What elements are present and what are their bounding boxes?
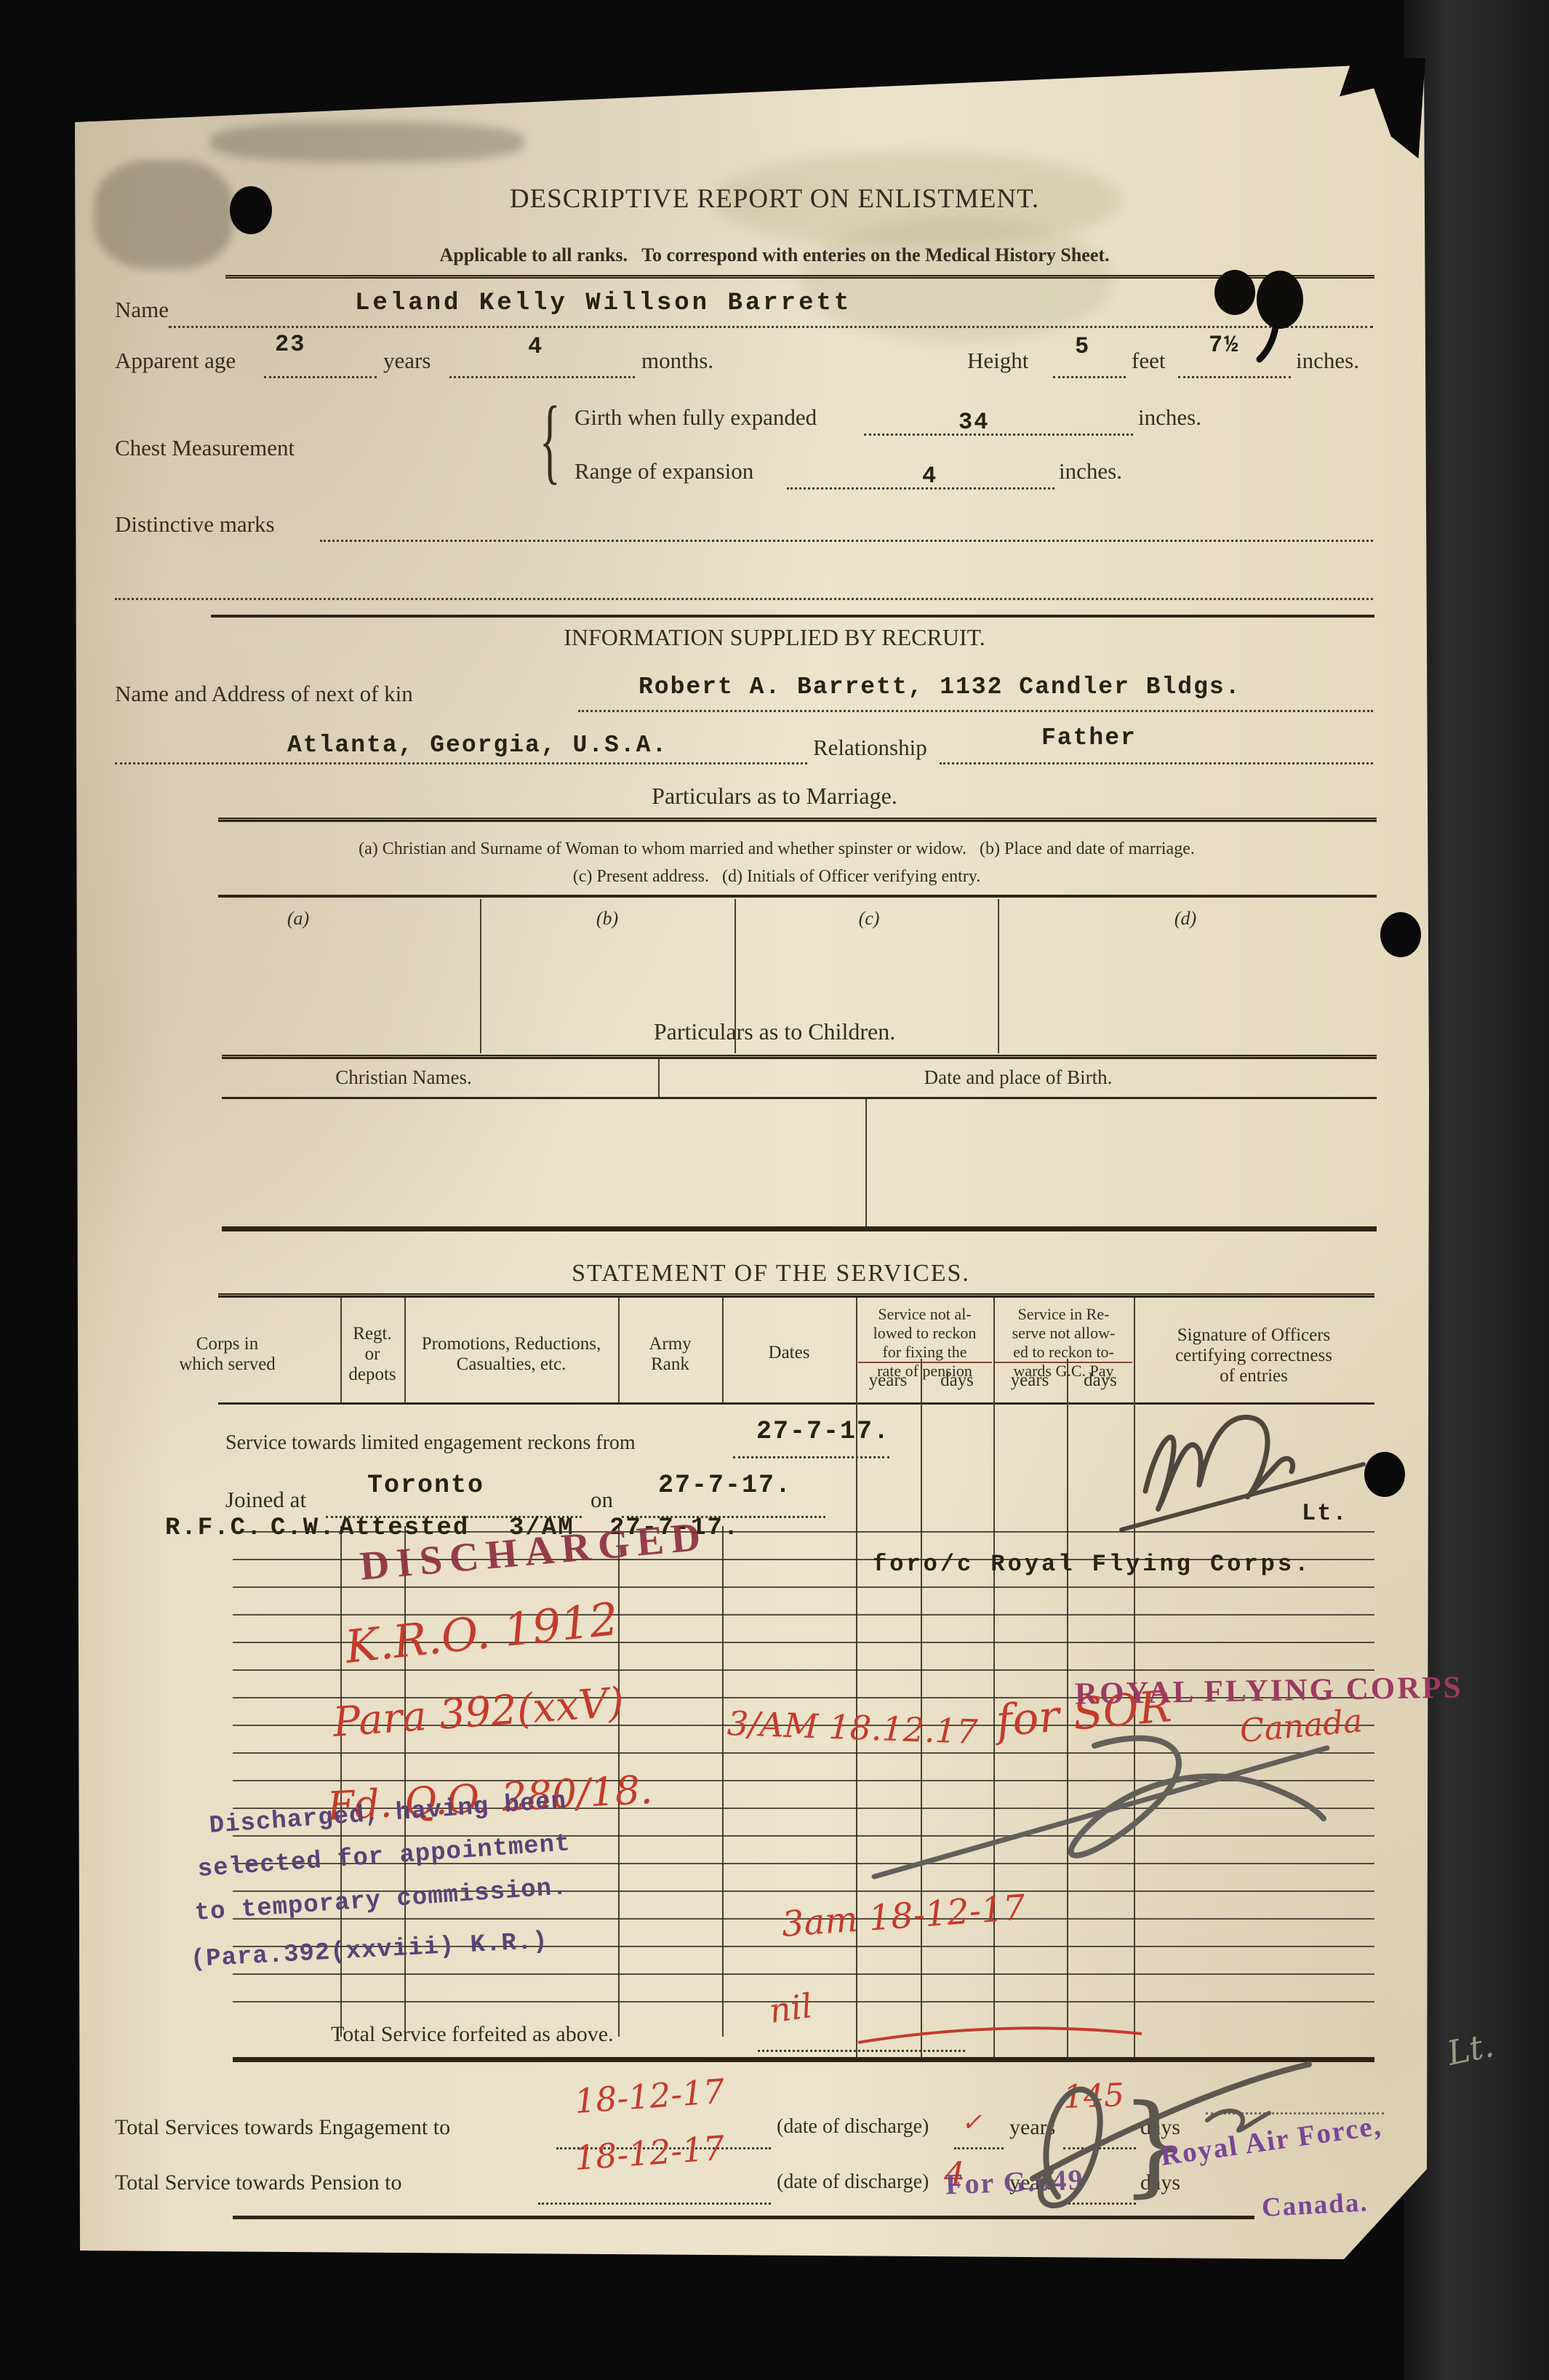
marriage-col-a: (a) bbox=[287, 908, 309, 930]
age-label: Apparent age bbox=[115, 348, 236, 374]
marriage-rule-mid bbox=[218, 895, 1377, 898]
joined-label: Joined at bbox=[225, 1487, 306, 1513]
children-rule-bottom bbox=[222, 1226, 1377, 1231]
marriage-divider bbox=[480, 899, 481, 1053]
pension-discharge-note: (date of discharge) bbox=[777, 2171, 929, 2194]
col-line bbox=[340, 1298, 342, 1402]
engagement-label: Service towards limited engagement recko… bbox=[225, 1431, 636, 1455]
children-col-birth: Date and place of Birth. bbox=[924, 1066, 1113, 1089]
forfeit-value: nil bbox=[767, 1986, 814, 2031]
dotted bbox=[115, 596, 1373, 600]
forfeit-label: Total Service forfeited as above. bbox=[331, 2022, 614, 2047]
services-col-reserve: Service in Re- serve not allow- ed to re… bbox=[995, 1305, 1132, 1381]
section-rule bbox=[211, 615, 1374, 618]
range-value: 4 bbox=[922, 463, 937, 490]
totals-pension-label: Total Service towards Pension to bbox=[115, 2171, 402, 2195]
dotted bbox=[1178, 375, 1291, 378]
dotted bbox=[264, 375, 377, 378]
name-label: Name bbox=[115, 297, 169, 323]
check-mark: ✓ bbox=[961, 2108, 982, 2137]
discharge-note: (date of discharge) bbox=[777, 2115, 929, 2139]
services-col-corps: Corps in which served bbox=[116, 1334, 338, 1375]
bottom-pencil-scrawl bbox=[989, 2051, 1345, 2211]
height-label: Height bbox=[967, 348, 1028, 374]
dotted bbox=[538, 2201, 771, 2205]
scanned-document-page: DESCRIPTIVE REPORT ON ENLISTMENT. Applic… bbox=[0, 0, 1549, 2380]
marriage-rule-top bbox=[218, 818, 1377, 822]
officer-signature-scrawl bbox=[1113, 1393, 1400, 1542]
punch-hole bbox=[1380, 912, 1421, 957]
dotted bbox=[1053, 375, 1126, 378]
pension-days-label: days bbox=[940, 1370, 974, 1391]
services-rule-top bbox=[218, 1293, 1374, 1298]
nok-value: Robert A. Barrett, 1132 Candler Bldgs. bbox=[639, 674, 1241, 700]
reserve-years-label: years bbox=[1011, 1370, 1049, 1391]
children-header-divider bbox=[658, 1059, 660, 1097]
on-label: on bbox=[591, 1487, 613, 1513]
dotted bbox=[787, 486, 1054, 490]
dotted bbox=[320, 538, 1373, 542]
marriage-title: Particulars as to Marriage. bbox=[652, 783, 897, 810]
totals-engagement-label: Total Services towards Engagement to bbox=[115, 2115, 450, 2140]
punch-hole bbox=[1364, 1452, 1405, 1497]
marriage-col-d: (d) bbox=[1174, 908, 1196, 930]
girth-inches-label: inches. bbox=[1138, 404, 1201, 431]
feet-label: feet bbox=[1132, 348, 1165, 374]
marriage-divider bbox=[998, 899, 999, 1053]
marriage-note1: (a) Christian and Surname of Woman to wh… bbox=[359, 839, 1195, 859]
services-col-pension: Service not al- lowed to reckon for fixi… bbox=[857, 1305, 992, 1381]
ink-blots bbox=[1200, 263, 1331, 365]
marriage-col-c: (c) bbox=[859, 908, 880, 930]
children-body-divider bbox=[865, 1099, 867, 1227]
services-col-signature: Signature of Officers certifying correct… bbox=[1134, 1325, 1374, 1386]
chest-brace: { bbox=[540, 384, 561, 495]
pencil-smudge bbox=[211, 122, 524, 162]
joined-place: Toronto bbox=[367, 1471, 484, 1500]
dotted bbox=[864, 432, 1133, 436]
name-line bbox=[169, 324, 1373, 328]
girth-value: 34 bbox=[958, 409, 989, 436]
services-col-regt: Regt. or depots bbox=[340, 1324, 404, 1385]
dotted bbox=[733, 1455, 889, 1458]
punch-hole bbox=[230, 186, 272, 234]
age-months-value: 4 bbox=[528, 333, 543, 360]
girth-label: Girth when fully expanded bbox=[575, 404, 817, 431]
relationship-label: Relationship bbox=[813, 735, 927, 761]
height-feet-value: 5 bbox=[1075, 333, 1090, 360]
range-label: Range of expansion bbox=[575, 458, 753, 484]
col-line bbox=[404, 1298, 406, 1402]
relationship-value: Father bbox=[1041, 724, 1137, 751]
page-title: DESCRIPTIVE REPORT ON ENLISTMENT. bbox=[510, 183, 1039, 215]
engagement-value: 27-7-17. bbox=[756, 1417, 890, 1446]
children-title: Particulars as to Children. bbox=[654, 1018, 895, 1045]
dotted bbox=[940, 761, 1373, 764]
years-label: years bbox=[383, 348, 431, 374]
services-col-dates: Dates bbox=[722, 1343, 856, 1363]
red-curve-line bbox=[854, 2013, 1145, 2053]
dotted bbox=[578, 708, 1373, 712]
months-label: months. bbox=[641, 348, 713, 374]
children-rule-mid bbox=[222, 1097, 1377, 1099]
range-inches-label: inches. bbox=[1059, 458, 1122, 484]
page-subtitle: Applicable to all ranks. To correspond w… bbox=[439, 244, 1109, 266]
joined-date: 27-7-17. bbox=[658, 1471, 792, 1500]
marriage-col-b: (b) bbox=[596, 908, 618, 930]
col-line bbox=[722, 1298, 724, 1402]
dotted bbox=[115, 761, 807, 764]
corner-smudge bbox=[95, 160, 233, 269]
name-value: Leland Kelly Willson Barrett bbox=[355, 289, 852, 317]
age-years-value: 23 bbox=[275, 331, 305, 358]
marriage-note2: (c) Present address. (d) Initials of Off… bbox=[573, 867, 980, 887]
officer-rank: Lt. bbox=[1302, 1500, 1348, 1527]
pension-subrule bbox=[858, 1362, 992, 1363]
services-col-rank: Army Rank bbox=[618, 1334, 722, 1375]
final-bottom-rule bbox=[233, 2216, 1254, 2219]
reserve-days-label: days bbox=[1084, 1370, 1117, 1391]
nok-label: Name and Address of next of kin bbox=[115, 681, 413, 707]
children-rule-top bbox=[222, 1055, 1377, 1059]
stain bbox=[800, 218, 1113, 342]
services-title: STATEMENT OF THE SERVICES. bbox=[572, 1260, 970, 1287]
rfc-stamp: ROYAL FLYING CORPS bbox=[1075, 1669, 1463, 1712]
pension-years-label: years bbox=[869, 1370, 908, 1391]
marks-label: Distinctive marks bbox=[115, 511, 275, 538]
recruit-section-title: INFORMATION SUPPLIED BY RECRUIT. bbox=[564, 624, 985, 651]
reserve-subrule bbox=[995, 1362, 1132, 1363]
services-col-promotions: Promotions, Reductions, Casualties, etc. bbox=[404, 1334, 618, 1375]
col-line bbox=[618, 1298, 620, 1402]
nok-city-value: Atlanta, Georgia, U.S.A. bbox=[287, 732, 668, 759]
children-col-names: Christian Names. bbox=[335, 1066, 471, 1089]
dotted bbox=[449, 375, 635, 378]
chest-label: Chest Measurement bbox=[115, 435, 295, 461]
